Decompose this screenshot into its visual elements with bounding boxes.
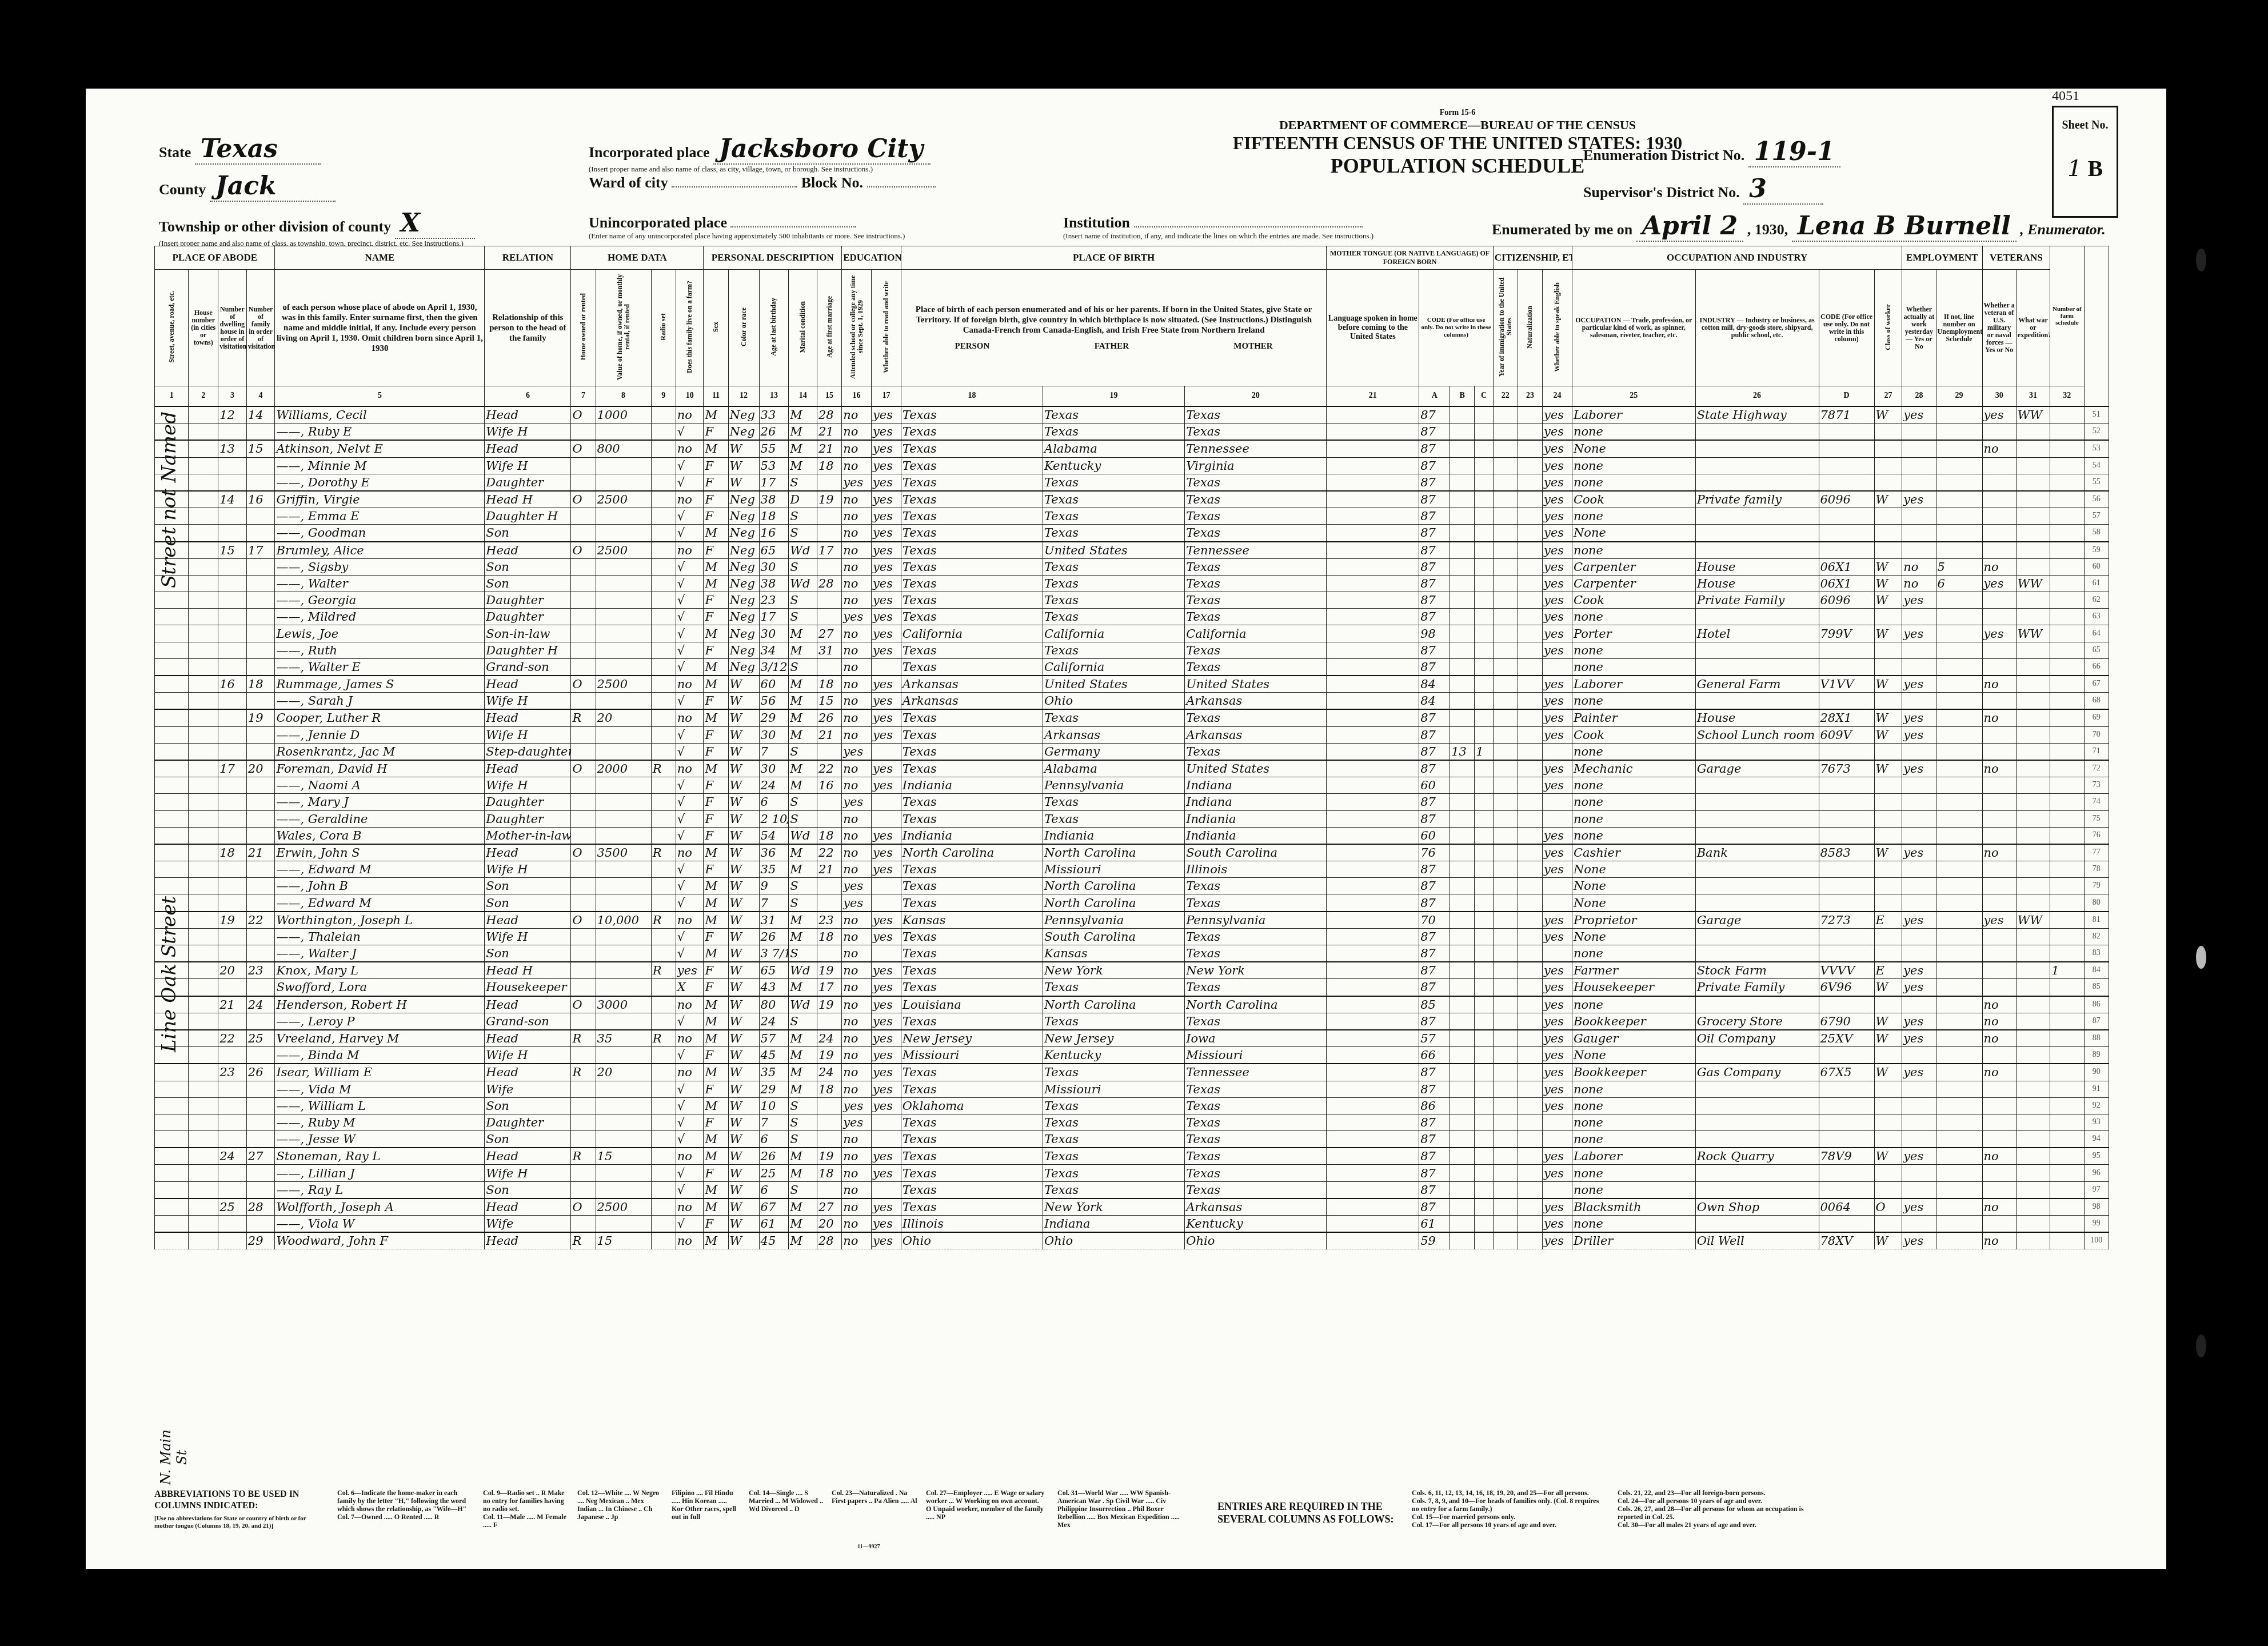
cell-veteran [1982, 1097, 2016, 1114]
cell-pob-mother: North Carolina [1185, 996, 1327, 1013]
cell-read: yes [871, 1047, 901, 1064]
cell-dwelling [218, 861, 247, 878]
cell-family [246, 609, 275, 625]
column-number: 2 [189, 386, 218, 407]
cell-read: yes [871, 760, 901, 777]
cell-radio [651, 810, 676, 827]
cell-age-marr: 19 [817, 962, 841, 979]
cell-class [1874, 894, 1902, 912]
cell-age: 38 [759, 491, 789, 508]
cell-immig [1493, 693, 1518, 710]
column-number: 28 [1902, 386, 1936, 407]
cell-war [2016, 440, 2050, 457]
cell-natur [1518, 827, 1542, 844]
cell-english: yes [1543, 760, 1572, 777]
cell-value [596, 726, 651, 743]
cell-code-d [1819, 794, 1874, 810]
cell-relation: Son [485, 558, 571, 575]
column-number: 8 [596, 386, 651, 407]
cell-code-c [1475, 709, 1493, 726]
cell-farm-sched [2050, 693, 2084, 710]
cell-unemp [1936, 777, 1982, 794]
cell-dwelling: 13 [218, 440, 247, 457]
cell-farm: no [676, 406, 704, 424]
cell-english: yes [1543, 1216, 1572, 1233]
cell-pob-father: New York [1043, 1198, 1184, 1216]
cell-read: yes [871, 844, 901, 861]
cell-immig [1493, 491, 1518, 508]
cell-farm: √ [676, 1097, 704, 1114]
cell-natur [1518, 457, 1542, 474]
cell-pob: Texas [901, 979, 1043, 996]
cell-war [2016, 794, 2050, 810]
cell-relation: Head [485, 676, 571, 693]
cell-house [189, 609, 218, 625]
cell-english: yes [1543, 1165, 1572, 1181]
cell-war: WW [2016, 575, 2050, 592]
cell-owned [571, 575, 596, 592]
cell-at-work [1902, 894, 1936, 912]
cell-age: 30 [759, 558, 789, 575]
cell-code-c [1475, 457, 1493, 474]
cell-race: Neg [728, 558, 759, 575]
cell-relation: Wife H [485, 457, 571, 474]
cell-industry [1695, 693, 1819, 710]
cell-pob-mother: Illinois [1185, 861, 1327, 878]
cell-occupation: none [1572, 1114, 1695, 1130]
cell-unemp [1936, 1165, 1982, 1181]
cell-line: 88 [2084, 1030, 2109, 1047]
cell-code-b [1450, 1232, 1475, 1249]
cell-relation: Wife H [485, 1047, 571, 1064]
cell-pob: Arkansas [901, 676, 1043, 693]
cell-class [1874, 609, 1902, 625]
cell-code-b [1450, 558, 1475, 575]
cell-family [246, 827, 275, 844]
cell-owned: O [571, 542, 596, 559]
cell-code-d: 7273 [1819, 912, 1874, 929]
cell-tongue [1327, 525, 1419, 542]
cell-age-marr [817, 525, 841, 542]
cell-class [1874, 777, 1902, 794]
cell-veteran [1982, 693, 2016, 710]
cell-read [871, 743, 901, 760]
cell-code-c [1475, 912, 1493, 929]
cell-age: 30 [759, 726, 789, 743]
cell-house [189, 457, 218, 474]
cell-marital: S [789, 592, 817, 609]
cell-unemp [1936, 912, 1982, 929]
cell-farm-sched [2050, 1030, 2084, 1047]
cell-immig [1493, 760, 1518, 777]
cell-line: 84 [2084, 962, 2109, 979]
cell-age: 45 [759, 1232, 789, 1249]
state-value: Texas [195, 134, 321, 165]
cell-pob-father: Missiouri [1043, 1081, 1184, 1097]
cell-english: yes [1543, 979, 1572, 996]
cell-owned [571, 642, 596, 658]
state-field: State Texas [159, 134, 321, 165]
cell-pob: Texas [901, 1114, 1043, 1130]
cell-english: yes [1543, 575, 1572, 592]
cell-english: yes [1543, 474, 1572, 491]
cell-race: W [728, 894, 759, 912]
cell-sex: M [704, 440, 728, 457]
cell-occupation: Carpenter [1572, 558, 1695, 575]
cell-class [1874, 474, 1902, 491]
column-number: 10 [676, 386, 704, 407]
cell-code-b: 13 [1450, 743, 1475, 760]
cell-occupation: None [1572, 525, 1695, 542]
cell-industry [1695, 861, 1819, 878]
cell-veteran [1982, 1181, 2016, 1198]
cell-pob-mother: Texas [1185, 609, 1327, 625]
cell-code-b [1450, 525, 1475, 542]
cell-family: 19 [246, 709, 275, 726]
cell-unemp [1936, 625, 1982, 642]
cell-read [871, 1114, 901, 1130]
cell-pob: Texas [901, 491, 1043, 508]
cell-race: W [728, 794, 759, 810]
cell-immig [1493, 658, 1518, 676]
cell-sex: M [704, 760, 728, 777]
cell-sex: F [704, 928, 728, 945]
cell-marital: M [789, 1064, 817, 1081]
cell-pob-father: Alabama [1043, 440, 1184, 457]
cell-occupation: none [1572, 542, 1695, 559]
cell-class: W [1874, 1013, 1902, 1030]
cell-industry [1695, 1181, 1819, 1198]
cell-natur [1518, 592, 1542, 609]
cell-age: 53 [759, 457, 789, 474]
cell-veteran: no [1982, 676, 2016, 693]
cell-school: yes [842, 474, 872, 491]
cell-age-marr: 17 [817, 979, 841, 996]
cell-immig [1493, 1047, 1518, 1064]
cell-relation: Daughter [485, 609, 571, 625]
cell-code-b [1450, 945, 1475, 962]
cell-value [596, 693, 651, 710]
street-annotation-2: Line Oak Street [158, 717, 181, 1232]
cell-code-c [1475, 625, 1493, 642]
cell-english [1543, 894, 1572, 912]
cell-natur [1518, 658, 1542, 676]
cell-veteran: no [1982, 1148, 2016, 1165]
cell-read [871, 945, 901, 962]
cell-code-c [1475, 844, 1493, 861]
cell-house [189, 861, 218, 878]
cell-owned [571, 558, 596, 575]
cell-family [246, 979, 275, 996]
cell-farm: √ [676, 945, 704, 962]
col-age-marriage-desc: Age at first marriage [817, 270, 841, 386]
cell-code-b [1450, 962, 1475, 979]
cell-veteran [1982, 861, 2016, 878]
group-name: NAME [275, 246, 485, 270]
cell-line: 75 [2084, 810, 2109, 827]
cell-farm: √ [676, 1165, 704, 1181]
cell-class [1874, 945, 1902, 962]
cell-race: W [728, 1064, 759, 1081]
cell-read: yes [871, 693, 901, 710]
cell-pob: Ohio [901, 1232, 1043, 1249]
cell-marital: S [789, 743, 817, 760]
cell-value [596, 743, 651, 760]
cell-natur [1518, 743, 1542, 760]
cell-age: 33 [759, 406, 789, 424]
cell-tongue [1327, 676, 1419, 693]
cell-dwelling [218, 709, 247, 726]
cell-family: 18 [246, 676, 275, 693]
cell-owned [571, 474, 596, 491]
cell-read: yes [871, 1198, 901, 1216]
cell-farm: no [676, 440, 704, 457]
cell-code-d [1819, 525, 1874, 542]
table-row: ——, Mary JDaughter√FW6SyesTexasTexasIndi… [155, 794, 2109, 810]
cell-occupation: none [1572, 794, 1695, 810]
column-number: 32 [2050, 386, 2084, 407]
cell-age: 26 [759, 1148, 789, 1165]
cell-farm: √ [676, 609, 704, 625]
cell-sex: M [704, 1064, 728, 1081]
cell-tongue [1327, 1232, 1419, 1249]
cell-occupation: none [1572, 609, 1695, 625]
col-language-desc: Language spoken in home before coming to… [1327, 270, 1419, 386]
cell-farm: no [676, 1232, 704, 1249]
cell-pob-father: Texas [1043, 609, 1184, 625]
cell-pob: Texas [901, 1198, 1043, 1216]
cell-owned [571, 794, 596, 810]
cell-house [189, 827, 218, 844]
table-row: ——, Viola WWife√FW61M20noyesIllinoisIndi… [155, 1216, 2109, 1233]
cell-code-d [1819, 1181, 1874, 1198]
cell-line: 64 [2084, 625, 2109, 642]
group-home-data: HOME DATA [571, 246, 704, 270]
cell-name: Cooper, Luther R [275, 709, 485, 726]
cell-line: 55 [2084, 474, 2109, 491]
cell-dwelling: 15 [218, 542, 247, 559]
column-number: C [1475, 386, 1493, 407]
cell-veteran: no [1982, 1030, 2016, 1047]
cell-industry [1695, 743, 1819, 760]
cell-read: yes [871, 609, 901, 625]
cell-pob-father: Texas [1043, 794, 1184, 810]
cell-family [246, 1216, 275, 1233]
cell-sex: M [704, 1181, 728, 1198]
cell-at-work: yes [1902, 979, 1936, 996]
cell-class [1874, 424, 1902, 441]
cell-war [2016, 491, 2050, 508]
cell-radio [651, 525, 676, 542]
cell-age-marr [817, 592, 841, 609]
cell-relation: Head [485, 760, 571, 777]
cell-sex: F [704, 474, 728, 491]
cell-code-b [1450, 1081, 1475, 1097]
cell-occupation: none [1572, 1097, 1695, 1114]
cell-code-a: 87 [1419, 1165, 1450, 1181]
column-number: 4 [246, 386, 275, 407]
cell-radio [651, 1216, 676, 1233]
entries-left: Cols. 6, 11, 12, 13, 14, 16, 18, 19, 20,… [1412, 1489, 1606, 1529]
cell-war [2016, 878, 2050, 894]
cell-marital: M [789, 676, 817, 693]
cell-pob-father: Texas [1043, 979, 1184, 996]
cell-marital: M [789, 457, 817, 474]
cell-dwelling [218, 777, 247, 794]
cell-race: W [728, 1216, 759, 1233]
cell-code-c: 1 [1475, 743, 1493, 760]
cell-tongue [1327, 508, 1419, 525]
cell-age: 67 [759, 1198, 789, 1216]
cell-immig [1493, 676, 1518, 693]
cell-tongue [1327, 1030, 1419, 1047]
col-owned-desc: Home owned or rented [571, 270, 596, 386]
cell-school: no [842, 642, 872, 658]
cell-natur [1518, 625, 1542, 642]
cell-at-work [1902, 424, 1936, 441]
cell-farm-sched [2050, 726, 2084, 743]
cell-age-marr: 21 [817, 726, 841, 743]
cell-code-d [1819, 542, 1874, 559]
cell-natur [1518, 558, 1542, 575]
cell-pob-mother: Ohio [1185, 1232, 1327, 1249]
group-occupation-industry: OCCUPATION AND INDUSTRY [1572, 246, 1902, 270]
cell-pob-father: New Jersey [1043, 1030, 1184, 1047]
cell-code-d [1819, 642, 1874, 658]
cell-code-d [1819, 1131, 1874, 1148]
cell-value: 2500 [596, 676, 651, 693]
cell-unemp [1936, 658, 1982, 676]
cell-farm-sched [2050, 709, 2084, 726]
cell-industry [1695, 1047, 1819, 1064]
cell-age: 61 [759, 1216, 789, 1233]
cell-owned [571, 424, 596, 441]
table-row: ——, Ruby EWife H√FNeg26M21noyesTexasTexa… [155, 424, 2109, 441]
cell-code-c [1475, 609, 1493, 625]
col-race-desc: Color or race [728, 270, 759, 386]
cell-age: 34 [759, 642, 789, 658]
cell-farm: √ [676, 457, 704, 474]
cell-war: WW [2016, 912, 2050, 929]
cell-english: yes [1543, 676, 1572, 693]
cell-pob-father: Indiania [1043, 827, 1184, 844]
cell-name: ——, Jesse W [275, 1131, 485, 1148]
cell-code-c [1475, 1232, 1493, 1249]
cell-at-work [1902, 1097, 1936, 1114]
cell-immig [1493, 827, 1518, 844]
table-row: ——, GeraldineDaughter√FW2 10/12SnoTexasT… [155, 810, 2109, 827]
cell-industry [1695, 810, 1819, 827]
cell-code-c [1475, 894, 1493, 912]
cell-at-work: yes [1902, 491, 1936, 508]
cell-war [2016, 525, 2050, 542]
cell-line: 92 [2084, 1097, 2109, 1114]
cell-pob-mother: Texas [1185, 406, 1327, 424]
cell-race: W [728, 676, 759, 693]
cell-family [246, 625, 275, 642]
cell-name: ——, Ruby M [275, 1114, 485, 1130]
cell-family: 20 [246, 760, 275, 777]
cell-tongue [1327, 1165, 1419, 1181]
cell-age-marr [817, 794, 841, 810]
cell-immig [1493, 1064, 1518, 1081]
cell-pob-father: Texas [1043, 592, 1184, 609]
cell-industry [1695, 1216, 1819, 1233]
cell-family [246, 558, 275, 575]
cell-family [246, 1081, 275, 1097]
cell-radio [651, 642, 676, 658]
cell-sex: M [704, 709, 728, 726]
cell-immig [1493, 440, 1518, 457]
cell-radio [651, 1148, 676, 1165]
cell-sex: F [704, 861, 728, 878]
cell-war [2016, 827, 2050, 844]
cell-relation: Grand-son [485, 658, 571, 676]
column-number: 15 [817, 386, 841, 407]
cell-marital: S [789, 1114, 817, 1130]
cell-age-marr: 19 [817, 1148, 841, 1165]
cell-natur [1518, 525, 1542, 542]
cell-immig [1493, 1232, 1518, 1249]
cell-school: yes [842, 1114, 872, 1130]
cell-pob-mother: Arkansas [1185, 693, 1327, 710]
cell-relation: Wife H [485, 726, 571, 743]
cell-code-a: 87 [1419, 962, 1450, 979]
cell-race: W [728, 457, 759, 474]
cell-pob-father: Texas [1043, 575, 1184, 592]
cell-english [1543, 743, 1572, 760]
cell-school: no [842, 861, 872, 878]
cell-value [596, 642, 651, 658]
cell-natur [1518, 1030, 1542, 1047]
cell-name: ——, William L [275, 1097, 485, 1114]
cell-code-b [1450, 1047, 1475, 1064]
cell-war: WW [2016, 406, 2050, 424]
cell-owned [571, 1131, 596, 1148]
cell-farm: √ [676, 743, 704, 760]
cell-code-b [1450, 693, 1475, 710]
cell-english: yes [1543, 424, 1572, 441]
cell-name: Wales, Cora B [275, 827, 485, 844]
cell-natur [1518, 861, 1542, 878]
cell-pob-mother: Indiana [1185, 777, 1327, 794]
cell-age: 23 [759, 592, 789, 609]
cell-unemp [1936, 592, 1982, 609]
table-row: 1214Williams, CecilHeadO1000noMNeg33M28n… [155, 406, 2109, 424]
enumerated-by-field: Enumerated by me on April 2 , 1930, Lena… [1492, 211, 2106, 242]
cell-code-a: 87 [1419, 1081, 1450, 1097]
cell-value [596, 625, 651, 642]
cell-occupation: none [1572, 1131, 1695, 1148]
cell-unemp [1936, 894, 1982, 912]
table-row: 2528Wolfforth, Joseph AHeadO2500noMW67M2… [155, 1198, 2109, 1216]
cell-occupation: none [1572, 457, 1695, 474]
cell-school: no [842, 1216, 872, 1233]
cell-war [2016, 1064, 2050, 1081]
cell-occupation: none [1572, 1181, 1695, 1198]
cell-family [246, 658, 275, 676]
cell-line: 93 [2084, 1114, 2109, 1130]
cell-school: no [842, 542, 872, 559]
cell-school: no [842, 827, 872, 844]
cell-unemp [1936, 457, 1982, 474]
cell-marital: M [789, 424, 817, 441]
cell-farm: √ [676, 1216, 704, 1233]
group-personal-description: PERSONAL DESCRIPTION [704, 246, 842, 270]
cell-school: no [842, 575, 872, 592]
cell-war [2016, 1013, 2050, 1030]
cell-marital: M [789, 709, 817, 726]
